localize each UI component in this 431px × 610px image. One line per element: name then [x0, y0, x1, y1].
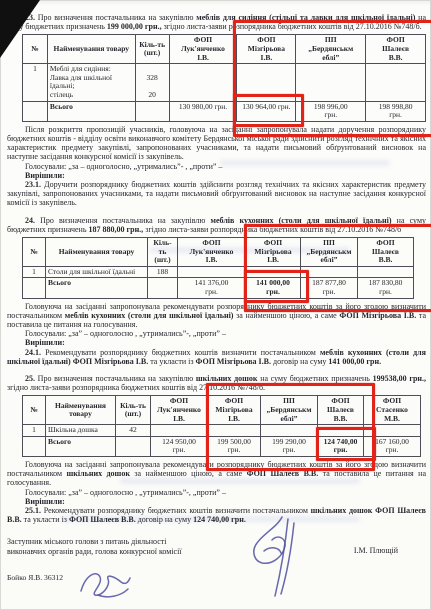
table-header-row: № Найменування товару Кіль-ть (шт.) ФОП … — [23, 237, 414, 266]
item-name-cell: Шкільна дошка — [46, 425, 116, 437]
col-header-supplier-2: ФОП Мізгірьова І.В. — [237, 35, 296, 64]
document-body: 23. Про визначення постачальника на заку… — [0, 0, 431, 582]
section-24-discussion: Головуюча на засіданні запропонувала рек… — [7, 302, 426, 330]
text-segment: меблів кухонних (столи для шкільної їдал… — [65, 311, 234, 320]
col-header-qty: Кіль-ть (шт.) — [116, 396, 151, 425]
section-24-resolved-label: Вирішили: — [7, 338, 426, 347]
total-value-cell: 199 500,00 грн. — [208, 436, 261, 456]
total-empty-cell — [135, 101, 169, 121]
col-header-qty: Кіль-ть (шт.) — [135, 35, 169, 64]
col-header-supplier-1: ФОП Лук'янченко І.В. — [178, 237, 246, 266]
item-row: 1 Столи для шкільної їдальні 188 — [23, 266, 414, 278]
text-segment: ФОП Шалеєв В.В. — [69, 515, 136, 524]
table-header-row: № Найменування товару Кіль-ть (шт.) ФОП … — [23, 396, 421, 425]
section-25-table-wrap: № Найменування товару Кіль-ть (шт.) ФОП … — [22, 395, 426, 457]
total-value-cell: 167 160,00 грн. — [364, 436, 421, 456]
text-segment: ФОП Шалеєв В.В. — [247, 469, 319, 478]
section-25-voting: Голосували: „за” – одноголосно , „утрима… — [7, 488, 426, 497]
text-segment: 23.1. — [25, 180, 41, 189]
col-header-supplier-1: ФОП Лук'янченко І.В. — [151, 396, 208, 425]
section-25-intro: 25. Про визначення постачальника на заку… — [7, 374, 426, 392]
price-cell-empty — [366, 64, 426, 101]
procurement-table-23: № Найменування товару Кіль-ть (шт.) ФОП … — [22, 34, 426, 121]
section-23-resolved-label: Вирішили: — [7, 171, 426, 180]
signature-block: Заступник міського голови з питань діяль… — [7, 537, 426, 556]
col-header-supplier-5: ФОП Стасенко М.В. — [364, 396, 421, 425]
price-cell-empty — [169, 64, 237, 101]
total-value-cell: 124 950,00 грн. — [151, 436, 208, 456]
section-24-resolution: 24.1. Рекомендувати розпоряднику бюджетн… — [7, 348, 426, 366]
text-segment: шкільних дошок — [196, 374, 258, 383]
item-number-cell: 1 — [23, 266, 46, 278]
procurement-table-24: № Найменування товару Кіль-ть (шт.) ФОП … — [22, 237, 414, 299]
text-segment: на суму бюджетних призначень — [258, 374, 373, 383]
section-24-intro: 24. Про визначення постачальника на заку… — [7, 216, 426, 234]
scanned-protocol-page: 23. Про визначення постачальника на заку… — [0, 0, 431, 610]
section-24-voting: Голосували: „за” – одноголосно , „утрима… — [7, 329, 426, 338]
official-role-line1: Заступник міського голови з питань діяль… — [7, 537, 166, 546]
total-value-cell: 187 830,80 грн. — [358, 278, 414, 298]
text-segment: 25. — [25, 374, 35, 383]
section-23-intro: 23. Про визначення постачальника на заку… — [7, 13, 426, 31]
price-cell-empty — [246, 266, 301, 278]
total-value-cell: 130 964,00 грн. — [237, 101, 296, 121]
text-segment: 199 000,00 грн., — [107, 22, 162, 31]
table-header-row: № Найменування товару Кіль-ть (шт.) ФОП … — [23, 35, 426, 64]
item-number-cell: 1 — [23, 64, 48, 101]
text-segment: згідно листа-заяви розпорядника бюджетни… — [143, 225, 401, 234]
total-label-cell: Всього — [46, 436, 116, 456]
section-23-discussion: Після розкриття пропозицій учасників, го… — [7, 125, 426, 162]
total-row: Всього 124 950,00 грн. 199 500,00 грн. 1… — [23, 436, 421, 456]
text-segment: меблів кухонних (столи для шкільної їдал… — [211, 216, 392, 225]
total-empty-cell — [23, 436, 46, 456]
total-value-cell: 198 998,80 грн. — [366, 101, 426, 121]
official-name: І.М. Плющій — [354, 537, 426, 556]
col-header-number: № — [23, 35, 48, 64]
total-label-cell: Всього — [47, 101, 135, 121]
text-segment: за найменшою ціною, а саме — [130, 469, 247, 478]
price-cell-empty — [261, 425, 318, 437]
section-23-table-wrap: № Найменування товару Кіль-ть (шт.) ФОП … — [22, 34, 426, 121]
text-segment: Про визначення постачальника на закупівл… — [35, 374, 196, 383]
total-empty-cell — [23, 101, 48, 121]
total-empty-cell — [148, 278, 178, 298]
text-segment: 124 740,00 грн. — [193, 515, 246, 524]
text-segment: шкільних дошок — [67, 469, 130, 478]
total-value-cell-winner: 141 000,00 грн. — [246, 278, 301, 298]
section-25-discussion: Головуюча на засіданні запропонувала рек… — [7, 460, 426, 488]
total-empty-cell — [116, 436, 151, 456]
total-value-cell: 130 980,00 грн. — [169, 101, 237, 121]
text-segment: Про визначення постачальника на закупівл… — [35, 13, 196, 22]
official-role-line2: виконавчих органів ради, голова конкурсн… — [7, 547, 182, 556]
col-header-supplier-2: ФОП Мізгірьова І.В. — [208, 396, 261, 425]
col-header-item: Найменування товару — [47, 35, 135, 64]
col-header-qty: Кіль-ть (шт.) — [148, 237, 178, 266]
text-segment: договір на суму — [271, 357, 328, 366]
section-23-voting: Голосували: „за – одноголосно, „утримали… — [7, 162, 426, 171]
text-segment: ФОП Мізгірьова І.В. — [339, 311, 416, 320]
price-cell-empty — [237, 64, 296, 101]
item-row: 1 Меблі для сидіння: Лавка для шкільної … — [23, 64, 426, 101]
text-segment: Про визначення постачальника на закупівл… — [35, 216, 211, 225]
total-value-cell-winner: 124 740,00 грн. — [318, 436, 364, 456]
price-cell-empty — [301, 266, 358, 278]
item-qty-cell: 328 20 — [135, 64, 169, 101]
col-header-supplier-2: ФОП Мізгірьова І.В. — [246, 237, 301, 266]
col-header-supplier-4: ФОП Шалеєв В.В. — [366, 35, 426, 64]
item-number-cell: 1 — [23, 425, 46, 437]
total-value-cell: 198 996,00 грн. — [296, 101, 366, 121]
text-segment: 25.1. — [25, 506, 41, 515]
section-25-resolved-label: Вирішили: — [7, 497, 426, 506]
col-header-supplier-3: ПП „Бердянськм еблі” — [261, 396, 318, 425]
text-segment: згідно листа-заяви розпорядника бюджетни… — [7, 383, 265, 392]
price-cell-empty — [208, 425, 261, 437]
item-name-cell: Меблі для сидіння: Лавка для шкільної їд… — [47, 64, 135, 101]
item-name-cell: Столи для шкільної їдальні — [46, 266, 148, 278]
text-segment: 24. — [25, 216, 35, 225]
price-cell-empty — [151, 425, 208, 437]
col-header-number: № — [23, 396, 46, 425]
price-cell-empty — [318, 425, 364, 437]
total-value-cell: 187 877,80 грн. — [301, 278, 358, 298]
text-segment: 187 880,00 грн., — [88, 225, 143, 234]
col-header-item: Найменування товару — [46, 237, 148, 266]
clerk-signature — [78, 566, 134, 600]
total-value-cell: 141 376,00 грн. — [178, 278, 246, 298]
price-cell-empty — [358, 266, 414, 278]
total-value-cell: 199 290,00 грн. — [261, 436, 318, 456]
col-header-supplier-1: ФОП Лук'янченко І.В. — [169, 35, 237, 64]
total-row: Всього 130 980,00 грн. 130 964,00 грн. 1… — [23, 101, 426, 121]
text-segment: та укласти із — [148, 357, 195, 366]
item-qty-cell: 42 — [116, 425, 151, 437]
clerk-reference: Бойко Я.В. 36312 — [7, 573, 426, 582]
text-segment: згідно листа-заяви розпорядника бюджетни… — [162, 22, 422, 31]
col-header-number: № — [23, 237, 46, 266]
text-segment: ФОП Мізгірьова І.В. — [196, 357, 272, 366]
col-header-supplier-4: ФОП Шалеєв В.В. — [318, 396, 364, 425]
section-23-resolution: 23.1. Доручити розпоряднику бюджетних ко… — [7, 180, 426, 208]
item-qty-cell: 188 — [148, 266, 178, 278]
col-header-item: Найменування товару — [46, 396, 116, 425]
text-segment: меблів для сидіння (стільці та лавки для… — [196, 13, 415, 22]
text-segment: договір на суму — [136, 515, 193, 524]
col-header-supplier-3: ПП „Бердянськм еблі” — [301, 237, 358, 266]
price-cell-empty — [178, 266, 246, 278]
col-header-supplier-4: ФОП Шалеєв В.В. — [358, 237, 414, 266]
procurement-table-25: № Найменування товару Кіль-ть (шт.) ФОП … — [22, 395, 421, 457]
text-segment: та укласти із — [22, 515, 69, 524]
section-25-resolution: 25.1. Рекомендувати розпоряднику бюджетн… — [7, 506, 426, 524]
text-segment: за найменшою ціною, а саме — [233, 311, 339, 320]
text-segment: Рекомендувати розпоряднику бюджетних кош… — [41, 348, 320, 357]
text-segment: 199538,00 грн., — [373, 374, 426, 383]
item-row: 1 Шкільна дошка 42 — [23, 425, 421, 437]
col-header-supplier-3: ПП „Бердянськм еблі” — [296, 35, 366, 64]
section-24-table-wrap: № Найменування товару Кіль-ть (шт.) ФОП … — [22, 237, 426, 299]
price-cell-empty — [364, 425, 421, 437]
price-cell-empty — [296, 64, 366, 101]
official-role: Заступник міського голови з питань діяль… — [7, 537, 247, 556]
text-segment: 24.1. — [25, 348, 41, 357]
text-segment: 141 000,00 грн. — [328, 357, 381, 366]
total-row: Всього 141 376,00 грн. 141 000,00 грн. 1… — [23, 278, 414, 298]
total-empty-cell — [23, 278, 46, 298]
chairman-signature — [248, 512, 312, 600]
total-label-cell: Всього — [46, 278, 148, 298]
text-segment: Доручити розпоряднику бюджетних коштів з… — [7, 180, 426, 207]
